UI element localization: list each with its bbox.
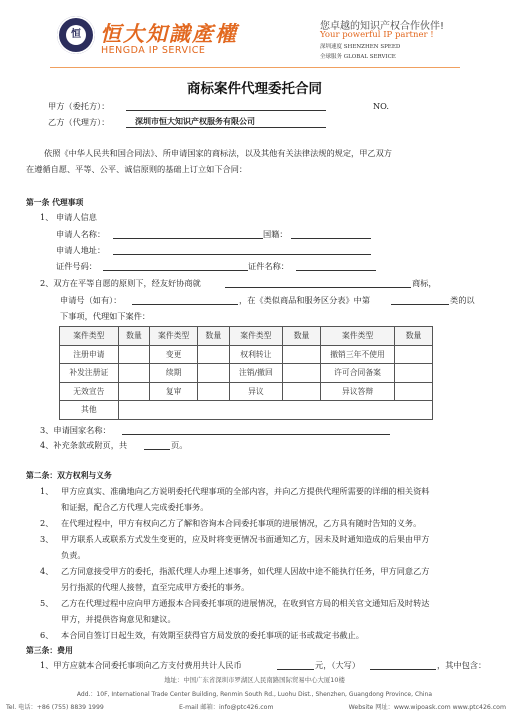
article2-item-text: 甲方联系人或联系方式发生变更的，应及时将变更情况书面通知乙方，因未及时通知造成的… [61,534,429,545]
id-number-label: 证件号码： [56,261,97,272]
quantity-cell[interactable] [198,345,230,364]
fee-amount-field[interactable] [277,669,314,670]
supplementary-pages-suffix: 页。 [171,440,187,451]
quantity-cell[interactable] [118,382,150,401]
article2-item-text-cont: 另行指派的代理人接替，直至完成甲方委托的事务。 [61,582,249,593]
fee-capital-label: 元，（大写） [315,660,360,671]
article2-item-text: 乙方同意接受甲方的委托，指派代理人办理上述事务，如代理人因故中途不能执行任务，甲… [61,566,429,577]
id-name-field[interactable] [296,270,376,271]
contract-no-label: NO. [373,101,389,111]
item2-line3-text: 下事项，代理如下案件： [60,311,150,322]
nationality-field[interactable] [291,238,371,239]
trademark-field[interactable] [225,287,411,288]
party-b-label: 乙方（代理方）： [48,117,109,128]
slogan-en: Your powerful IP partner ! [320,30,434,40]
class-number-field[interactable] [391,304,449,305]
case-type-cell: 异议 [229,382,283,401]
article2-item-number: 6、 [40,630,53,641]
quantity-cell[interactable] [395,382,433,401]
case-type-cell: 许可合同备案 [321,364,395,383]
footer-tel: Tel. 电话：+86 (755) 8839 1999 [6,702,104,711]
document-title: 商标案件代理委托合同 [0,77,509,97]
header-quantity: 数量 [198,327,230,346]
header-case-type: 案件类型 [150,327,198,346]
quantity-cell[interactable] [118,364,150,383]
party-a-field[interactable] [126,110,326,111]
party-b-field [126,127,326,128]
header-quantity: 数量 [283,327,321,346]
quantity-cell[interactable] [198,364,230,383]
applicant-info-item: 1、 申请人信息 [40,212,97,223]
header-quantity: 数量 [118,327,150,346]
quantity-cell[interactable] [395,345,433,364]
fee-includes-text: ，其中包含： [437,660,486,671]
tag-global-service: 全球服务 GLOBAL SERVICE [320,52,396,60]
id-number-field[interactable] [103,270,248,271]
quantity-cell[interactable] [198,382,230,401]
class-table-text: ，在《类似商品和服务区分表》中第 [239,295,370,306]
footer-address-cn: 地址：中国广东省深圳市罗湖区人民南路国际贸易中心大厦10楼 [0,675,509,684]
brand-name-cn: 恒大知識產權 [100,18,238,48]
article2-item-text: 乙方在代理过程中应向甲方通报本合同委托事项的进展情况，在收到官方局的相关官文通知… [61,598,429,609]
applicant-address-field[interactable] [113,254,371,255]
item2-line1-text: 2、双方在平等自愿的原则下，经友好协商就 [40,278,201,289]
party-b-value: 深圳市恒大知识产权服务有限公司 [135,116,255,127]
intro-paragraph-line1: 依照《中华人民共和国合同法》、所申请国家的商标法，以及其他有关法律法规的规定，甲… [44,148,392,159]
applicant-name-field[interactable] [113,238,263,239]
header-case-type: 案件类型 [229,327,283,346]
article2-item-text: 在代理过程中，甲方有权向乙方了解和咨询本合同委托事项的进展情况，乙方具有随时告知… [61,518,421,529]
article2-item-number: 5、 [40,598,53,609]
article2-item-text-cont: 负责。 [61,550,86,561]
target-country-field[interactable] [122,434,390,435]
fee-text: 1、甲方应就本合同委托事项向乙方支付费用共计人民币 [40,660,242,671]
header-case-type: 案件类型 [321,327,395,346]
quantity-cell[interactable] [395,364,433,383]
party-a-label: 甲方（委托方）： [48,101,109,112]
tag-shenzhen-speed: 深圳速度 SHENZHEN SPEED [320,42,400,50]
case-type-cell: 权利转让 [229,345,283,364]
table-row: 补发注册证 续期 注销/撤回 许可合同备案 [60,364,433,383]
case-type-table: 案件类型 数量 案件类型 数量 案件类型 数量 案件类型 数量 注册申请 变更 … [59,326,433,420]
article2-item-text-cont: 甲方，并提供咨询意见和建议。 [61,614,176,625]
quantity-cell[interactable] [283,364,321,383]
article2-item-number: 2、 [40,518,53,529]
article2-item-text: 甲方应真实、准确地向乙方说明委托代理事项的全部内容，并向乙方提供代理所需要的详细… [61,486,429,497]
applicant-address-label: 申请人地址： [56,245,105,256]
article2-item-text-cont: 和证据，配合乙方代理人完成委托事务。 [61,502,208,513]
seal-glyph: 恒 [69,28,83,42]
case-type-cell: 注销/撤回 [229,364,283,383]
article3-heading: 第三条：费用 [26,645,73,656]
article2-item-number: 1、 [40,486,53,497]
class-suffix: 类的以 [450,295,475,306]
case-type-cell: 撤销三年不使用 [321,345,395,364]
nationality-label: 国籍： [263,229,288,240]
supplementary-pages-field[interactable] [144,449,170,450]
item2-trademark-suffix: 商标， [412,278,437,289]
application-number-label: 申请号（如有）： [60,295,121,306]
header-quantity: 数量 [395,327,433,346]
case-type-cell: 异议答辩 [321,382,395,401]
case-type-cell: 续期 [150,364,198,383]
case-type-cell: 变更 [150,345,198,364]
header-divider [50,67,460,68]
fee-capital-field[interactable] [370,669,436,670]
supplementary-pages-text: 4、补充条款或附页，共 [40,440,127,451]
footer-website[interactable]: Website 网址：www.wipoask.com www.ptc426.co… [349,702,506,711]
footer-contact-row: Tel. 电话：+86 (755) 8839 1999 E-mail 邮箱：in… [6,702,506,711]
case-type-cell: 补发注册证 [60,364,119,383]
footer-email[interactable]: E-mail 邮箱：info@ptc426.com [179,702,273,711]
footer-address-en: Add.：10F, International Trade Center Bui… [0,689,509,698]
article1-heading: 第一条 代理事项 [26,197,83,208]
target-country-label: 3、申请国家名称： [40,425,111,436]
case-type-cell-other: 其他 [60,401,119,420]
case-type-cell: 注册申请 [60,345,119,364]
case-type-cell: 复审 [150,382,198,401]
intro-paragraph-line2: 在遵循自愿、平等、公平、诚信原则的基础上订立如下合同： [26,164,247,175]
application-number-field[interactable] [132,304,238,305]
article2-item-text: 本合同自签订日起生效，有效期至获得官方局发放的委托事项的证书或裁定书截止。 [61,630,364,641]
quantity-cell[interactable] [283,345,321,364]
company-seal-logo: 恒 [57,16,95,54]
article2-item-number: 3、 [40,534,53,545]
article2-heading: 第二条：双方权利与义务 [26,470,112,481]
table-row: 注册申请 变更 权利转让 撤销三年不使用 [60,345,433,364]
article2-item-number: 4、 [40,566,53,577]
table-row: 无效宣告 复审 异议 异议答辩 [60,382,433,401]
other-details-cell[interactable] [118,401,432,420]
table-row-other: 其他 [60,401,433,420]
case-type-cell: 无效宣告 [60,382,119,401]
brand-name-en: HENGDA IP SERVICE [101,45,205,56]
applicant-name-label: 申请人名称： [56,229,105,240]
id-name-label: 证件名称： [248,261,289,272]
quantity-cell[interactable] [283,382,321,401]
quantity-cell[interactable] [118,345,150,364]
table-header-row: 案件类型 数量 案件类型 数量 案件类型 数量 案件类型 数量 [60,327,433,346]
header-case-type: 案件类型 [60,327,119,346]
